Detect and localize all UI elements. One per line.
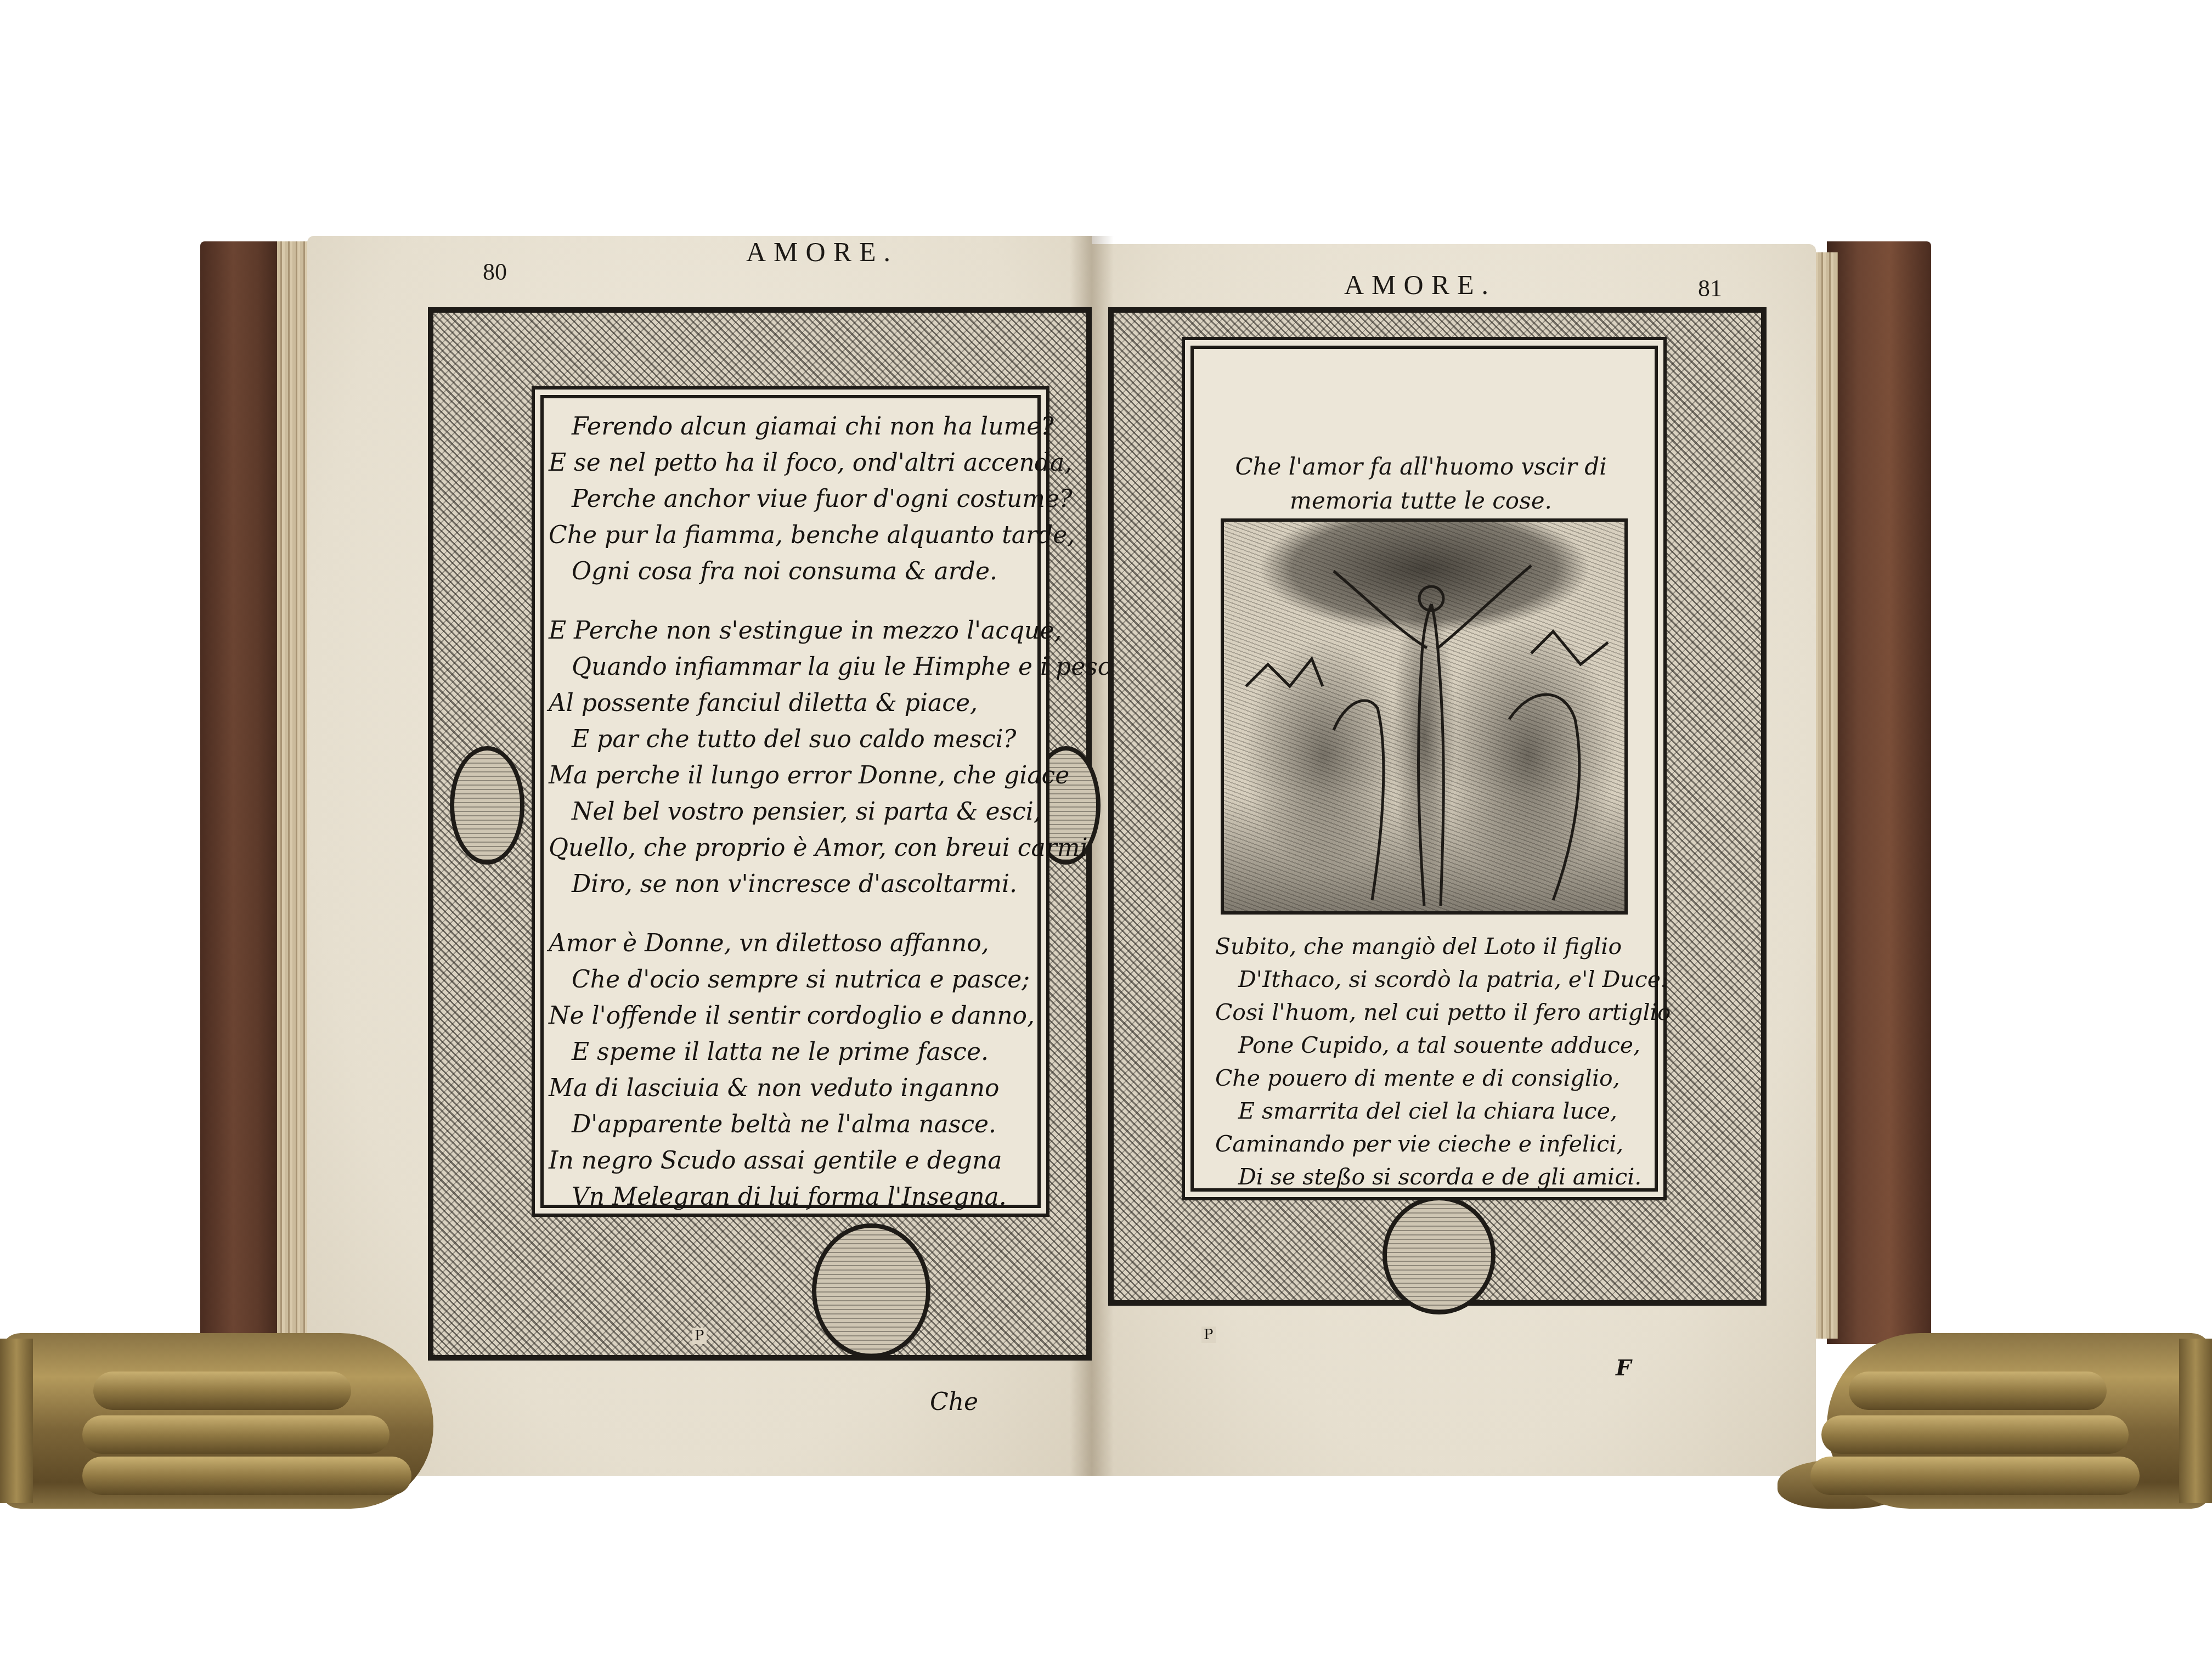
verse-line: E speme il latta ne le prime fasce.: [549, 1034, 1119, 1070]
verse-line: Al possente fanciul diletta & piace,: [549, 685, 1119, 721]
left-hand-cuff: [0, 1339, 33, 1503]
left-page-number: 80: [483, 258, 507, 286]
left-brass-hand: [0, 1333, 433, 1509]
verse-line: In negro Scudo assai gentile e degna: [549, 1143, 1119, 1179]
verse-line: E se nel petto ha il foco, ond'altri acc…: [549, 445, 1119, 481]
right-leather-board: [1827, 241, 1931, 1344]
right-brass-hand: [1827, 1333, 2212, 1509]
verse-line: Ogni cosa fra noi consuma & arde.: [549, 554, 1119, 590]
verse-line: Diro, se non v'incresce d'ascoltarmi.: [549, 866, 1119, 902]
verse-line: Ferendo alcun giamai chi non ha lume?: [549, 409, 1119, 445]
right-hand-cuff: [2179, 1339, 2212, 1503]
verse-line: Amor è Donne, vn dilettoso affanno,: [549, 926, 1119, 962]
verse-line: D'Ithaco, si scordò la patria, e'l Duce:: [1215, 963, 1671, 996]
verse-line: E Perche non s'estingue in mezzo l'acque…: [549, 613, 1119, 649]
motto-line: memoria tutte le cose.: [1207, 484, 1635, 518]
motto-line: Che l'amor fa all'huomo vscir di: [1207, 450, 1635, 484]
left-hand-finger: [82, 1415, 390, 1454]
verse-line: Ma perche il lungo error Donne, che giac…: [549, 758, 1119, 794]
verse-line: Perche anchor viue fuor d'ogni costume?: [549, 481, 1119, 517]
right-hand-finger: [1810, 1457, 2140, 1495]
right-hand-finger: [1849, 1372, 2107, 1410]
left-page-edges: [277, 241, 310, 1339]
right-verse-block: Subito, che mangiò del Loto il figlio D'…: [1215, 930, 1671, 1193]
left-verse-block: Ferendo alcun giamai chi non ha lume? E …: [549, 409, 1119, 1238]
left-hand-finger: [93, 1372, 351, 1410]
verse-line: Che pur la fiamma, benche alquanto tarde…: [549, 517, 1119, 554]
right-running-head: AMORE.: [1344, 269, 1496, 301]
bacchus-mask-ornament: [812, 1223, 930, 1358]
verse-line: Vn Melegran di lui forma l'Insegna.: [549, 1179, 1119, 1215]
tree-woman-figure-icon: [1224, 522, 1624, 911]
stanza-1: Ferendo alcun giamai chi non ha lume? E …: [549, 409, 1119, 590]
verse-line: Che d'ocio sempre si nutrica e pasce;: [549, 962, 1119, 998]
verse-line: Nel bel vostro pensier, si parta & esci,: [549, 794, 1119, 830]
stanza-3: Amor è Donne, vn dilettoso affanno, Che …: [549, 926, 1119, 1215]
right-page-number: 81: [1698, 274, 1722, 302]
left-running-head: AMORE.: [746, 236, 898, 268]
verse-line: D'apparente beltà ne l'alma nasce.: [549, 1107, 1119, 1143]
verse-line: Che pouero di mente e di consiglio,: [1215, 1062, 1671, 1094]
verse-line: Ma di lasciuia & non veduto inganno: [549, 1070, 1119, 1107]
left-leather-board: [200, 241, 283, 1344]
signature-mark: F: [1616, 1355, 1631, 1381]
verse-line: Pone Cupido, a tal souente adduce,: [1215, 1029, 1671, 1062]
verse-line: E smarrita del ciel la chiara luce,: [1215, 1094, 1671, 1127]
left-border-monogram: P: [692, 1328, 707, 1344]
right-hand-finger: [1821, 1415, 2129, 1454]
verse-line: Cosi l'huom, nel cui petto il fero artig…: [1215, 996, 1671, 1029]
emblem-motto: Che l'amor fa all'huomo vscir di memoria…: [1207, 450, 1635, 518]
verse-line: E par che tutto del suo caldo mesci?: [549, 721, 1119, 758]
left-hand-finger: [82, 1457, 411, 1495]
verse-line: Di se steßo si scorda e de gli amici.: [1215, 1160, 1671, 1193]
catchword: Che: [930, 1388, 978, 1416]
verse-line: Quello, che proprio è Amor, con breui ca…: [549, 830, 1119, 866]
emblem-woodcut-illustration: [1221, 518, 1628, 915]
helmeted-face-ornament: [1383, 1196, 1496, 1314]
verse-line: Quando infiammar la giu le Himphe e i pe…: [549, 649, 1119, 685]
left-border-mask-ornament: [450, 746, 524, 865]
verse-line: Caminando per vie cieche e infelici,: [1215, 1127, 1671, 1160]
right-border-monogram: P: [1201, 1327, 1216, 1343]
verse-line: Ne l'offende il sentir cordoglio e danno…: [549, 998, 1119, 1034]
verse-line: Subito, che mangiò del Loto il figlio: [1215, 930, 1671, 963]
stanza-2: E Perche non s'estingue in mezzo l'acque…: [549, 613, 1119, 902]
